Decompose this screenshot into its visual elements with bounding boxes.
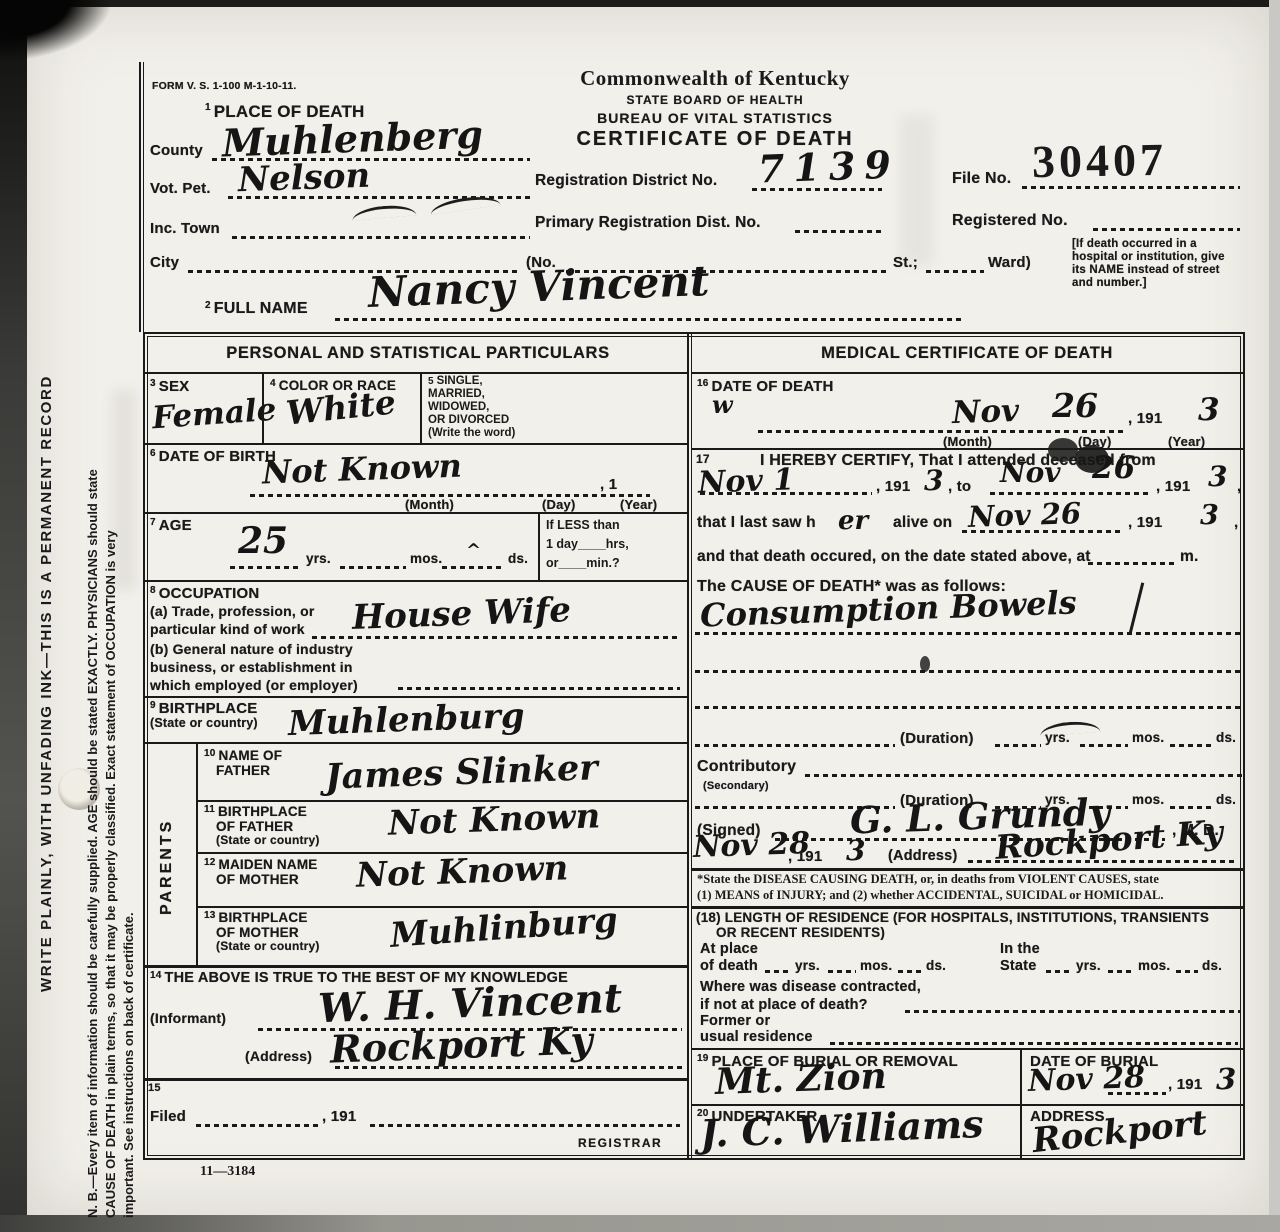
printed-191: , 191 bbox=[1168, 1076, 1202, 1093]
death-certificate-scan: WRITE PLAINLY, WITH UNFADING INK—THIS IS… bbox=[0, 0, 1280, 1232]
state-board-title: STATE BOARD OF HEALTH bbox=[540, 93, 890, 107]
duration1-ds-line bbox=[1170, 744, 1212, 747]
date-of-burial-year: 3 bbox=[1216, 1062, 1236, 1096]
duration1-yrs-line bbox=[995, 744, 1041, 747]
column-divider bbox=[687, 332, 692, 1160]
comma: , bbox=[1237, 478, 1241, 495]
cause-line2 bbox=[695, 670, 1243, 673]
death-occurred-text: and that death occured, on the date stat… bbox=[697, 548, 1091, 566]
city-label: City bbox=[150, 254, 179, 271]
signed-address-label: (Address) bbox=[888, 848, 957, 864]
printed-191: , 191 bbox=[1156, 478, 1190, 495]
occupation-label: 8OCCUPATION bbox=[150, 585, 259, 602]
birthplace-value: Muhlenburg bbox=[287, 696, 525, 744]
attended-to-day: 26 bbox=[1092, 450, 1135, 486]
rule bbox=[143, 580, 687, 582]
to-word: , to bbox=[948, 478, 971, 495]
in-state-label2: State bbox=[1000, 958, 1036, 974]
age-ds-label: ds. bbox=[508, 551, 528, 566]
residence-label2: OR RECENT RESIDENTS) bbox=[716, 925, 885, 940]
hospital-note: [If death occurred in a hospital or inst… bbox=[1072, 238, 1240, 290]
last-saw-post: alive on bbox=[893, 514, 952, 532]
item-number: 1 bbox=[205, 102, 211, 113]
medical-section-title: MEDICAL CERTIFICATE OF DEATH bbox=[692, 344, 1242, 363]
occupation-b-line bbox=[398, 687, 680, 690]
registration-district-label: Registration District No. bbox=[535, 172, 717, 190]
occupation-a-line2: particular kind of work bbox=[150, 621, 305, 637]
personal-section-title: PERSONAL AND STATISTICAL PARTICULARS bbox=[148, 344, 688, 363]
last-saw-her: er bbox=[838, 506, 868, 536]
rule bbox=[143, 742, 687, 744]
former-residence-line bbox=[830, 1042, 1238, 1045]
file-no-stamp: 30407 bbox=[1032, 133, 1168, 188]
primary-registration-label: Primary Registration Dist. No. bbox=[535, 214, 761, 232]
informant-address-value: Rockport Ky bbox=[329, 1017, 593, 1071]
attended-to-month: Nov bbox=[1000, 456, 1061, 489]
father-birthplace-label: 11BIRTHPLACE bbox=[204, 804, 307, 819]
date-of-death-day: 26 bbox=[1052, 386, 1098, 425]
form-code: 11—3184 bbox=[200, 1164, 255, 1180]
at-place-ds: ds. bbox=[926, 958, 946, 973]
former-residence-label2: usual residence bbox=[700, 1029, 813, 1045]
rule bbox=[143, 696, 687, 698]
scan-edge-top bbox=[0, 0, 1280, 7]
duration1-mos: mos. bbox=[1132, 730, 1164, 745]
last-saw-year: 3 bbox=[1200, 500, 1219, 531]
printed-191: , 191 bbox=[876, 478, 910, 495]
birthplace-hint: (State or country) bbox=[150, 716, 258, 730]
father-birthplace-value: Not Known bbox=[387, 796, 601, 843]
dob-year-label: (Year) bbox=[620, 497, 657, 512]
date-of-death-line bbox=[758, 430, 1126, 433]
mother-maiden-label: 12MAIDEN NAME bbox=[204, 857, 317, 872]
occupation-a-line1: (a) Trade, profession, or bbox=[150, 603, 314, 619]
ink-mark bbox=[920, 656, 930, 672]
registered-no-line bbox=[1093, 228, 1240, 231]
duration1-label: (Duration) bbox=[900, 730, 974, 747]
filed-line1 bbox=[196, 1124, 318, 1127]
inc-town-line bbox=[232, 236, 530, 239]
printed-191: , 191 bbox=[1128, 514, 1162, 531]
in-state-label1: In the bbox=[1000, 941, 1040, 957]
mother-maiden-value: Not Known bbox=[355, 848, 569, 895]
bleed-smudge bbox=[900, 115, 934, 265]
disease-contracted-line bbox=[905, 1010, 1240, 1013]
dob-value: Not Known bbox=[261, 447, 462, 492]
sex-label: 3SEX bbox=[150, 378, 189, 395]
rule bbox=[692, 372, 1245, 374]
last-saw-date: Nov 26 bbox=[967, 496, 1081, 534]
heavy-rule bbox=[692, 868, 1245, 871]
rule bbox=[143, 512, 687, 514]
heavy-rule bbox=[692, 906, 1245, 909]
death-occurred-line bbox=[1088, 562, 1176, 565]
cell-divider bbox=[262, 372, 264, 443]
occupation-b-line1: (b) General nature of industry bbox=[150, 641, 353, 657]
age-mos-label: mos. bbox=[410, 551, 442, 566]
in-state-yrs: yrs. bbox=[1076, 958, 1101, 973]
at-place-label2: of death bbox=[700, 958, 758, 974]
scan-corner-shadow bbox=[0, 0, 110, 60]
contributory-label: Contributory bbox=[697, 758, 796, 776]
former-residence-label1: Former or bbox=[700, 1013, 770, 1029]
footnote-line1: *State the DISEASE CAUSING DEATH, or, in… bbox=[697, 872, 1159, 887]
mother-birthplace-hint: (State or country) bbox=[216, 939, 320, 953]
cell-divider bbox=[420, 372, 422, 443]
rule bbox=[692, 448, 1245, 450]
filed-line2 bbox=[370, 1124, 680, 1127]
filed-number: 15 bbox=[148, 1082, 161, 1094]
duration2-ds-line bbox=[1170, 806, 1212, 809]
father-name-label2: FATHER bbox=[216, 763, 270, 778]
father-name-label: 10NAME OF bbox=[204, 748, 282, 763]
mother-maiden-label2: OF MOTHER bbox=[216, 872, 299, 887]
inc-town-label: Inc. Town bbox=[150, 220, 220, 237]
pen-mark-w: w bbox=[712, 390, 733, 419]
last-saw-pre: that I last saw h bbox=[697, 514, 816, 532]
occupation-value: House Wife bbox=[351, 590, 571, 638]
duration2-ds: ds. bbox=[1216, 792, 1236, 807]
dob-day-label: (Day) bbox=[542, 497, 576, 512]
commonwealth-title: Commonwealth of Kentucky bbox=[540, 66, 890, 91]
date-of-death-year: 3 bbox=[1198, 392, 1220, 428]
place-of-burial-value: Mt. Zion bbox=[714, 1055, 887, 1103]
city-st-label: St.; bbox=[893, 254, 918, 271]
age-label: 7AGE bbox=[150, 517, 192, 534]
at-place-yrs-line bbox=[765, 970, 791, 973]
margin-note-nb-line3: important. See instructions on back of c… bbox=[120, 469, 138, 1218]
residence-label: (18) LENGTH OF RESIDENCE (FOR HOSPITALS,… bbox=[696, 910, 1209, 925]
cause-line1 bbox=[695, 632, 1243, 635]
scan-edge-right bbox=[1269, 0, 1280, 1232]
full-name-line bbox=[335, 318, 963, 321]
duration1-ds: ds. bbox=[1216, 730, 1236, 745]
comma: , bbox=[1234, 514, 1238, 531]
duration2-mos: mos. bbox=[1132, 792, 1164, 807]
date-of-death-month: Nov bbox=[951, 393, 1019, 431]
age-mos-line bbox=[340, 566, 406, 569]
city-ward-label: Ward) bbox=[988, 254, 1031, 271]
rule bbox=[143, 443, 687, 445]
father-birthplace-hint: (State or country) bbox=[216, 833, 320, 847]
duration1-mos-line bbox=[1080, 744, 1128, 747]
occupation-b-line2: business, or establishment in bbox=[150, 659, 353, 675]
parents-label: PARENTS bbox=[158, 819, 176, 915]
heavy-rule bbox=[143, 1078, 687, 1081]
filed-label: Filed bbox=[150, 1108, 186, 1125]
at-place-mos-line bbox=[828, 970, 856, 973]
rule bbox=[692, 1048, 1245, 1050]
signed-date-year: 3 bbox=[846, 834, 865, 867]
mother-birthplace-label2: OF MOTHER bbox=[216, 925, 299, 940]
in-state-mos: mos. bbox=[1138, 958, 1170, 973]
marital-status-label: 5SINGLE, MARRIED, WIDOWED, OR DIVORCED (… bbox=[428, 375, 515, 440]
in-state-yrs-line bbox=[1046, 970, 1072, 973]
disease-contracted-label2: if not at place of death? bbox=[700, 997, 868, 1013]
heavy-rule bbox=[143, 965, 687, 968]
occupation-b-line3: which employed (or employer) bbox=[150, 677, 358, 693]
margin-note-permanent-record: WRITE PLAINLY, WITH UNFADING INK—THIS IS… bbox=[38, 375, 55, 992]
dob-month-label: (Month) bbox=[405, 497, 454, 512]
at-place-yrs: yrs. bbox=[795, 958, 820, 973]
dob-label: 6DATE OF BIRTH bbox=[150, 448, 276, 465]
disease-contracted-label1: Where was disease contracted, bbox=[700, 979, 921, 995]
cell-divider bbox=[538, 512, 540, 580]
in-state-ds: ds. bbox=[1202, 958, 1222, 973]
vot-pet-label: Vot. Pet. bbox=[150, 180, 211, 197]
form-number: FORM V. S. 1-100 M-1-10-11. bbox=[152, 80, 296, 92]
father-birthplace-label2: OF FATHER bbox=[216, 819, 293, 834]
rule bbox=[143, 372, 687, 374]
cause-line3 bbox=[695, 706, 1243, 709]
form-left-border bbox=[139, 62, 144, 332]
dob-suffix: , 1 bbox=[600, 476, 617, 493]
birthplace-label: 9BIRTHPLACE bbox=[150, 700, 257, 717]
age-yrs-line bbox=[230, 566, 302, 569]
attended-from-year: 3 bbox=[924, 464, 943, 497]
printed-191: , 191 bbox=[1128, 410, 1162, 427]
filed-191: , 191 bbox=[322, 1108, 356, 1125]
death-occurred-m: m. bbox=[1180, 548, 1199, 566]
full-name-label: 2FULL NAME bbox=[205, 300, 308, 318]
date-of-burial-line bbox=[1108, 1092, 1166, 1095]
mother-birthplace-label: 13BIRTHPLACE bbox=[204, 910, 308, 925]
in-state-mos-line bbox=[1108, 970, 1134, 973]
footnote-line2: (1) MEANS of INJURY; and (2) whether ACC… bbox=[697, 888, 1164, 903]
informant-address-label: (Address) bbox=[245, 1048, 312, 1064]
at-place-label1: At place bbox=[700, 941, 758, 957]
contributory-line bbox=[805, 774, 1243, 777]
registered-no-label: Registered No. bbox=[952, 212, 1068, 230]
age-value: 25 bbox=[238, 520, 288, 562]
informant-label: (Informant) bbox=[150, 1010, 226, 1026]
margin-note-nb-line2: CAUSE OF DEATH in plain terms, so that i… bbox=[102, 469, 120, 1218]
attended-from-line bbox=[700, 492, 872, 495]
certify-number: 17 bbox=[696, 452, 710, 466]
county-label: County bbox=[150, 142, 203, 159]
city-ward-line bbox=[926, 270, 984, 273]
scan-edge-bottom bbox=[0, 1215, 1280, 1232]
age-yrs-label: yrs. bbox=[306, 551, 331, 566]
less-than-one-day-label: If LESS than 1 day____hrs, or____min.? bbox=[546, 516, 629, 573]
registrar-label: REGISTRAR bbox=[578, 1136, 662, 1150]
vot-pet-value: Nelson bbox=[237, 156, 370, 201]
attended-to-line bbox=[990, 492, 1152, 495]
attended-to-year: 3 bbox=[1208, 460, 1227, 493]
dod-month-label: (Month) bbox=[943, 434, 992, 449]
registration-district-value: 7139 bbox=[757, 142, 900, 192]
margin-note-nb-line1: N. B.—Every item of information should b… bbox=[84, 469, 102, 1218]
printed-191: , 191 bbox=[788, 848, 822, 865]
scan-edge-left bbox=[0, 0, 27, 1232]
primary-registration-line bbox=[795, 230, 883, 233]
duration1-lead bbox=[695, 744, 895, 747]
file-no-label: File No. bbox=[952, 170, 1011, 188]
dod-year-label: (Year) bbox=[1168, 434, 1205, 449]
bureau-title: BUREAU OF VITAL STATISTICS bbox=[540, 110, 890, 126]
at-place-mos: mos. bbox=[860, 958, 892, 973]
age-ds-line bbox=[442, 566, 504, 569]
secondary-label: (Secondary) bbox=[703, 780, 769, 792]
at-place-ds-line bbox=[898, 970, 922, 973]
age-pen-mark: ^ bbox=[466, 540, 481, 561]
in-state-ds-line bbox=[1176, 970, 1198, 973]
